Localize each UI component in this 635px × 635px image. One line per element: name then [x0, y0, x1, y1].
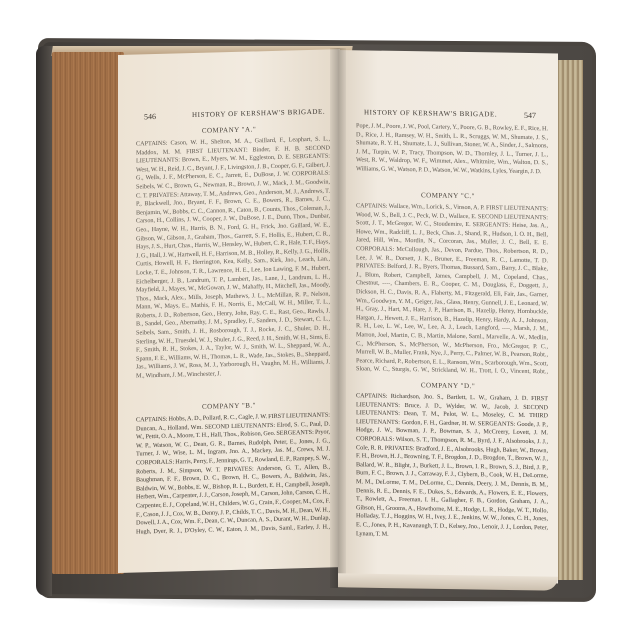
company-d-roster: CAPTAINS: Richardson, Jno. S., Bartlett,… — [356, 392, 548, 541]
company-b-heading: COMPANY "B." — [118, 399, 340, 413]
company-d-heading: COMPANY "D." — [338, 380, 558, 391]
left-page-number: 546 — [144, 112, 156, 121]
left-page: 546 HISTORY OF KERSHAW'S BRIGADE. COMPAN… — [118, 49, 340, 573]
company-b-roster: CAPTAINS: Hobbs, A. D., Pollard, R. C., … — [136, 411, 330, 534]
left-running-head: HISTORY OF KERSHAW'S BRIGADE. — [192, 108, 325, 119]
book-spine-edge — [36, 46, 52, 596]
company-a-roster: CAPTAINS: Cason, W. H., Shelton, M. A., … — [136, 135, 330, 398]
right-page: HISTORY OF KERSHAW'S BRIGADE. 547 Pope, … — [338, 50, 558, 583]
company-a-heading: COMPANY "A." — [118, 123, 340, 137]
left-page-block-edges — [52, 52, 124, 574]
right-page-number: 547 — [524, 111, 536, 120]
book-photo-scene: 546 HISTORY OF KERSHAW'S BRIGADE. COMPAN… — [0, 0, 635, 635]
right-running-head: HISTORY OF KERSHAW'S BRIGADE. — [364, 108, 497, 118]
company-b-roster-continued: Pope, J. M., Poore, J. W., Pool, Cartery… — [356, 122, 548, 185]
right-page-block-edges — [555, 60, 583, 580]
company-c-roster: CAPTAINS: Wallace, Wm., Lorick, S., Vins… — [356, 202, 548, 377]
book-gutter — [330, 48, 346, 588]
company-c-heading: COMPANY "C." — [338, 190, 558, 201]
